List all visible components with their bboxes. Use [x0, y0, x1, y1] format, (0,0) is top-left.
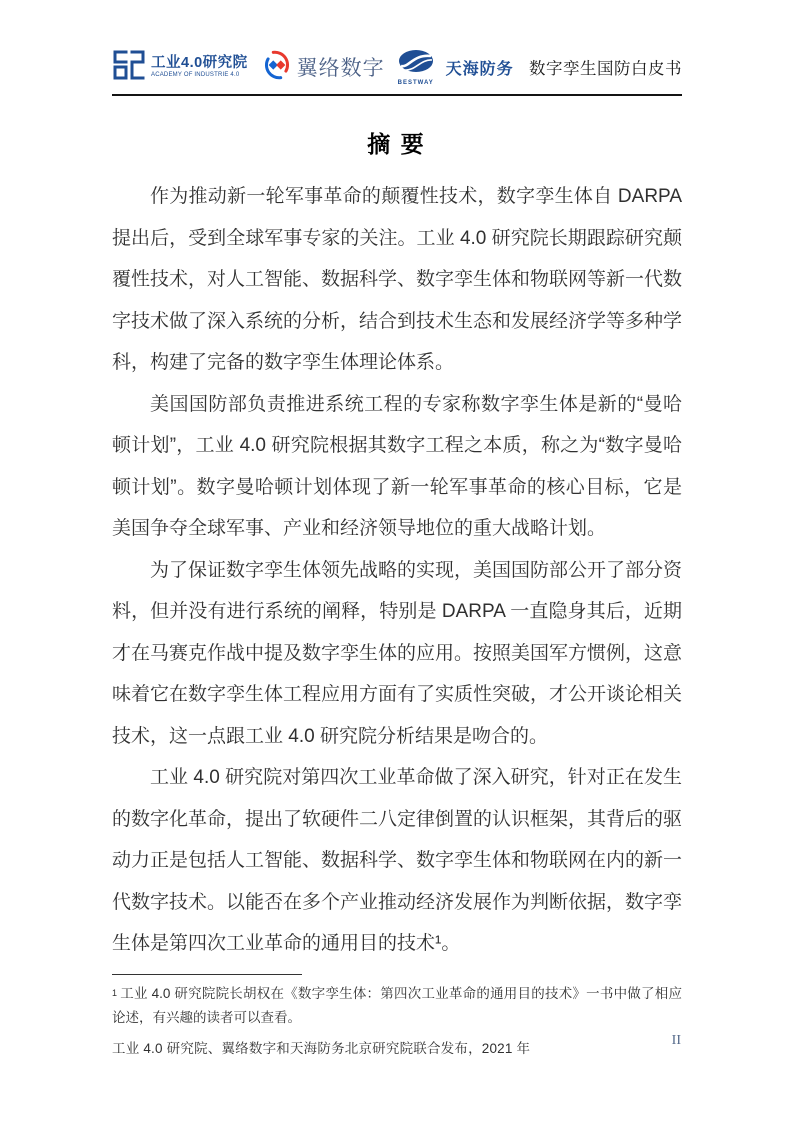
- abstract-paragraph-2: 美国国防部负责推进系统工程的专家称数字孪生体是新的“曼哈顿计划”，工业 4.0 …: [112, 384, 682, 550]
- logo-industry40-subtitle: ACADEMY OF INDUSTRIE 4.0: [151, 72, 248, 78]
- footer-page-number: II: [672, 1033, 681, 1049]
- logo-industry40-name: 工业4.0研究院: [151, 56, 248, 71]
- industry40-logo-icon: [112, 49, 146, 86]
- document-page: 工业4.0研究院 ACADEMY OF INDUSTRIE 4.0 翼络数字: [0, 0, 793, 1122]
- bestway-ellipse-swoosh-icon: [397, 49, 435, 79]
- abstract-title: 摘 要: [0, 126, 793, 159]
- footer-publisher: 工业 4.0 研究院、翼络数字和天海防务北京研究院联合发布，2021 年: [112, 1037, 530, 1057]
- abstract-paragraph-1: 作为推动新一轮军事革命的颠覆性技术，数字孪生体自 DARPA 提出后，受到全球军…: [112, 176, 682, 384]
- logo-industry40: 工业4.0研究院 ACADEMY OF INDUSTRIE 4.0: [112, 49, 248, 86]
- logo-bestway-subtitle: BESTWAY: [398, 80, 434, 86]
- footnote-text: 1工业 4.0 研究院院长胡权在《数字孪生体：第四次工业革命的通用目的技术》一书…: [112, 982, 682, 1030]
- yiluo-circle-diamond-icon: [262, 50, 292, 85]
- logo-bestway-name: 天海防务: [446, 56, 514, 79]
- abstract-paragraph-3: 为了保证数字孪生体领先战略的实现，美国国防部公开了部分资料，但并没有进行系统的阐…: [112, 550, 682, 758]
- header-doc-title: 数字孪生国防白皮书: [529, 55, 682, 79]
- footnote-separator: [112, 974, 302, 975]
- abstract-paragraph-4: 工业 4.0 研究院对第四次工业革命做了深入研究，针对正在发生的数字化革命，提出…: [112, 757, 682, 965]
- footnote-marker: 1: [112, 988, 117, 998]
- logo-bestway: BESTWAY 天海防务: [397, 49, 514, 86]
- logo-yiluo-name: 翼络数字: [297, 52, 385, 82]
- page-header: 工业4.0研究院 ACADEMY OF INDUSTRIE 4.0 翼络数字: [112, 46, 682, 96]
- footnote-section: 1工业 4.0 研究院院长胡权在《数字孪生体：第四次工业革命的通用目的技术》一书…: [112, 974, 682, 1030]
- footnote-content: 工业 4.0 研究院院长胡权在《数字孪生体：第四次工业革命的通用目的技术》一书中…: [112, 986, 682, 1025]
- logo-yiluo: 翼络数字: [262, 50, 385, 85]
- abstract-body: 作为推动新一轮军事革命的颠覆性技术，数字孪生体自 DARPA 提出后，受到全球军…: [112, 176, 682, 965]
